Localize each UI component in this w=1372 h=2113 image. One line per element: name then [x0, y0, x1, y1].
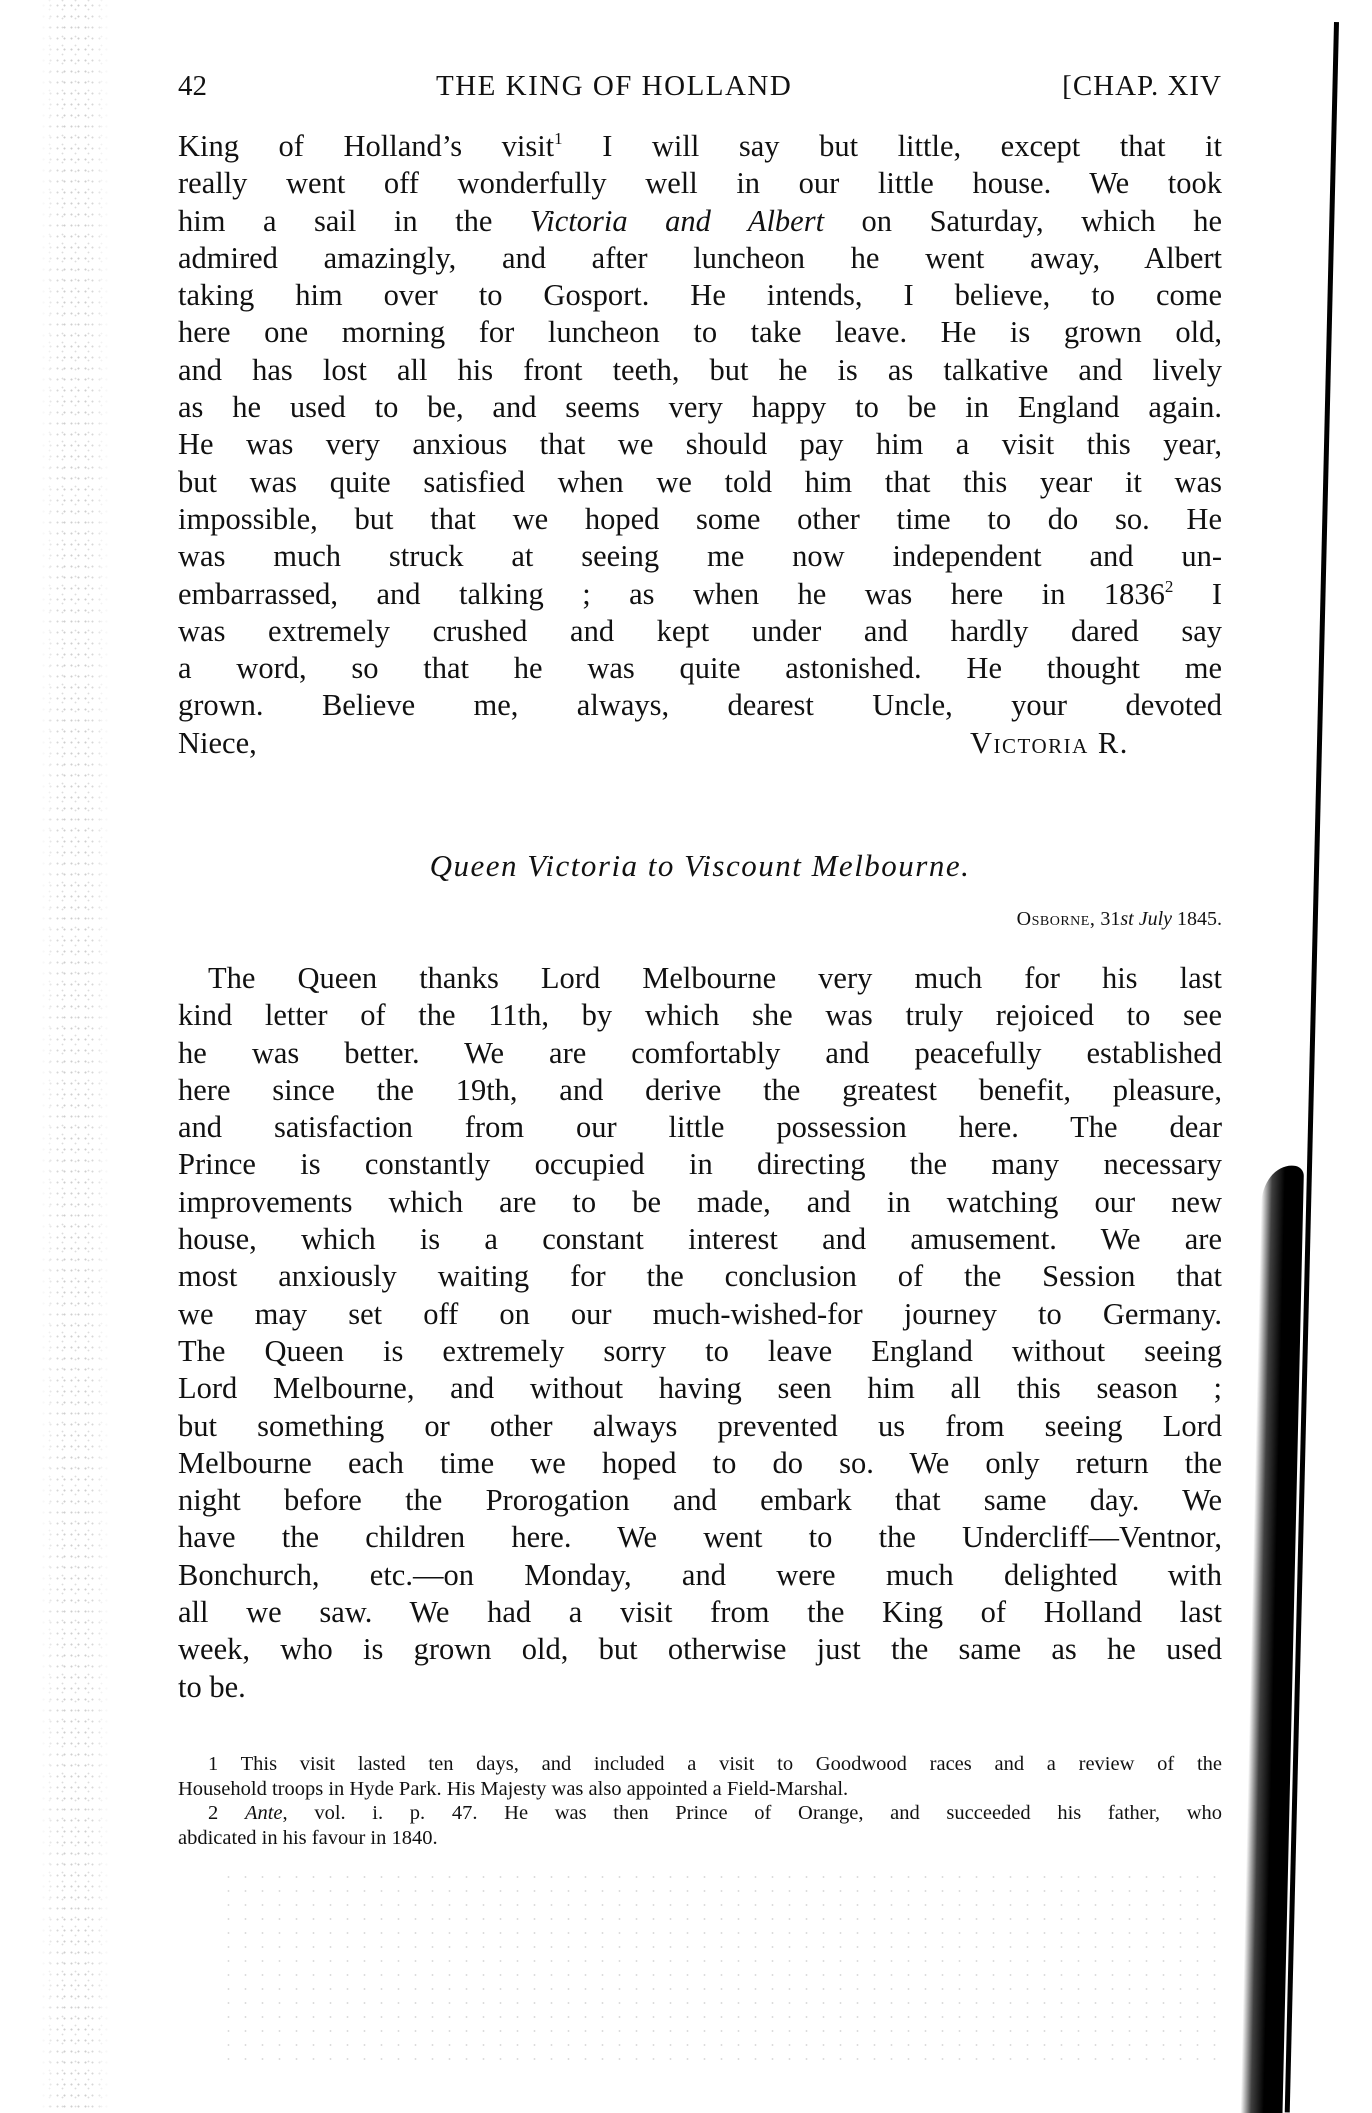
book-page: 42 THE KING OF HOLLAND [CHAP. XIV King o…: [0, 0, 1372, 2113]
text-line: was extremely crushed and kept under and…: [178, 613, 1222, 650]
text-line: Melbourne each time we hoped to do so. W…: [178, 1445, 1222, 1482]
text-line: and has lost all his front teeth, but he…: [178, 352, 1222, 389]
text-line: all we saw. We had a visit from the King…: [178, 1594, 1222, 1631]
text-line: Prince is constantly occupied in directi…: [178, 1146, 1222, 1183]
text-line: The Queen thanks Lord Melbourne very muc…: [178, 960, 1222, 997]
text-line: here since the 19th, and derive the grea…: [178, 1072, 1222, 1109]
text-line: as he used to be, and seems very happy t…: [178, 389, 1222, 426]
text-line: to be.: [178, 1669, 1222, 1706]
dateline-day-suffix: st: [1120, 908, 1133, 930]
text-line: we may set off on our much-wished-for jo…: [178, 1296, 1222, 1333]
text-line: Lord Melbourne, and without having seen …: [178, 1370, 1222, 1407]
text-line: and satisfaction from our little possess…: [178, 1109, 1222, 1146]
text-line: really went off wonderfully well in our …: [178, 165, 1222, 202]
footnote-1: 1 This visit lasted ten days, and includ…: [178, 1752, 1222, 1777]
dateline-month: July: [1134, 908, 1172, 930]
dateline-year: 1845.: [1172, 908, 1222, 930]
text-line: admired amazingly, and after luncheon he…: [178, 240, 1222, 277]
text-line: him a sail in the Victoria and Albert on…: [178, 203, 1222, 240]
closing-word: Niece,: [178, 725, 257, 762]
dateline: Osborne, 31st July 1845.: [1017, 904, 1222, 934]
footnote-marker: 2: [208, 1802, 218, 1824]
ship-name: Victoria and Albert: [530, 204, 824, 238]
letter-1-body: King of Holland’s visit1 I will say but …: [178, 128, 1222, 762]
text-line: embarrassed, and talking ; as when he wa…: [178, 576, 1222, 613]
running-title: THE KING OF HOLLAND: [436, 66, 792, 106]
text-line: week, who is grown old, but otherwise ju…: [178, 1631, 1222, 1668]
text-line: here one morning for luncheon to take le…: [178, 314, 1222, 351]
footnote-marker: 1: [208, 1753, 218, 1775]
text-line: a word, so that he was quite astonished.…: [178, 650, 1222, 687]
text-line: but was quite satisfied when we told him…: [178, 464, 1222, 501]
chapter-label: [CHAP. XIV: [1062, 66, 1222, 106]
footnote-1-cont: Household troops in Hyde Park. His Majes…: [178, 1777, 1222, 1802]
footnotes: 1 This visit lasted ten days, and includ…: [178, 1752, 1222, 1850]
page-number: 42: [178, 66, 207, 106]
letter-closing: Niece, Victoria R.: [178, 725, 1222, 762]
text-line: most anxiously waiting for the conclusio…: [178, 1258, 1222, 1295]
text-line: The Queen is extremely sorry to leave En…: [178, 1333, 1222, 1370]
text-line: house, which is a constant interest and …: [178, 1221, 1222, 1258]
letter-heading: Queen Victoria to Viscount Melbourne.: [178, 846, 1222, 886]
running-head: 42 THE KING OF HOLLAND [CHAP. XIV: [178, 66, 1222, 106]
text-line: he was better. We are comfortably and pe…: [178, 1035, 1222, 1072]
footnote-ref-1[interactable]: 1: [554, 129, 563, 148]
margin-speckle-left: [40, 0, 110, 2113]
letter-2-body: The Queen thanks Lord Melbourne very muc…: [178, 960, 1222, 1706]
dateline-day: 31: [1095, 908, 1120, 930]
bleed-through-speckle: [220, 1870, 1220, 2070]
text-line: improvements which are to be made, and i…: [178, 1184, 1222, 1221]
binding-shadow: [1240, 1165, 1304, 2113]
text-line: Bonchurch, etc.—on Monday, and were much…: [178, 1557, 1222, 1594]
text-line: night before the Prorogation and embark …: [178, 1482, 1222, 1519]
page-binding-edge: [1285, 22, 1339, 2113]
text-line: was much struck at seeing me now indepen…: [178, 538, 1222, 575]
footnote-2: 2 Ante, vol. i. p. 47. He was then Princ…: [178, 1801, 1222, 1826]
text-line: He was very anxious that we should pay h…: [178, 426, 1222, 463]
text-line: have the children here. We went to the U…: [178, 1519, 1222, 1556]
text-line: but something or other always prevented …: [178, 1408, 1222, 1445]
text-line: grown. Believe me, always, dearest Uncle…: [178, 687, 1222, 724]
text-line: kind letter of the 11th, by which she wa…: [178, 997, 1222, 1034]
text-line: King of Holland’s visit1 I will say but …: [178, 128, 1222, 165]
signature: Victoria R.: [970, 725, 1129, 762]
dateline-place: Osborne,: [1017, 908, 1096, 930]
footnote-2-cont: abdicated in his favour in 1840.: [178, 1826, 1222, 1851]
text-line: taking him over to Gosport. He intends, …: [178, 277, 1222, 314]
text-line: impossible, but that we hoped some other…: [178, 501, 1222, 538]
